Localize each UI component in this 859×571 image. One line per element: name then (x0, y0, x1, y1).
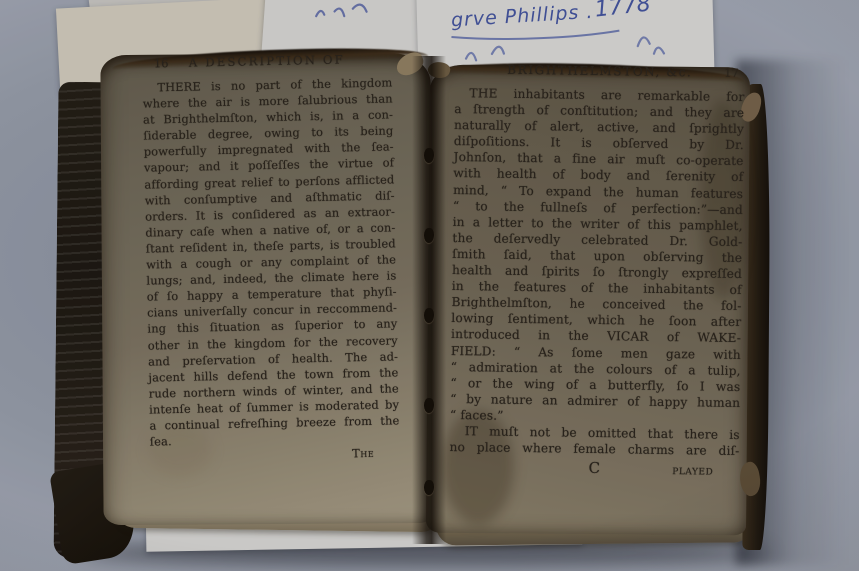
binding-stitch (424, 228, 434, 243)
handwritten-year: 1778 (594, 0, 652, 23)
binding-stitch (424, 308, 434, 323)
left-page-header: 16 A DESCRIPTION OF (142, 51, 392, 74)
page-number-right: 17 (707, 66, 745, 81)
right-page-header: BRIGHTHELMSTON, &c. 17 (455, 62, 745, 84)
catchword-right: played (672, 463, 713, 478)
catchword-left: The (352, 446, 374, 460)
text-line: no place where female charms are diſ- (449, 439, 739, 459)
running-title-right: BRIGHTHELMSTON, &c. (493, 63, 707, 80)
page-number-left: 16 (142, 56, 180, 71)
left-page-lines: THERE is no part of the kingdomwhere the… (142, 74, 400, 449)
right-page-lines: THE inhabitants are remarkable fora ſtre… (449, 85, 744, 459)
binding-stitch (424, 398, 434, 413)
signature-row: C played (449, 457, 739, 481)
handwriting-scribble-icon (262, 0, 416, 55)
photo-scene: grve Phillips . 1778 16 A DESCRIPTION OF… (0, 0, 859, 571)
right-page-text: BRIGHTHELMSTON, &c. 17 THE inhabitants a… (449, 62, 745, 481)
running-title-left: A DESCRIPTION OF (180, 52, 354, 70)
binding-stitch (424, 148, 434, 163)
binding-stitch (424, 480, 434, 495)
book-gutter (412, 56, 446, 544)
left-page-text: 16 A DESCRIPTION OF THERE is no part of … (142, 51, 400, 464)
